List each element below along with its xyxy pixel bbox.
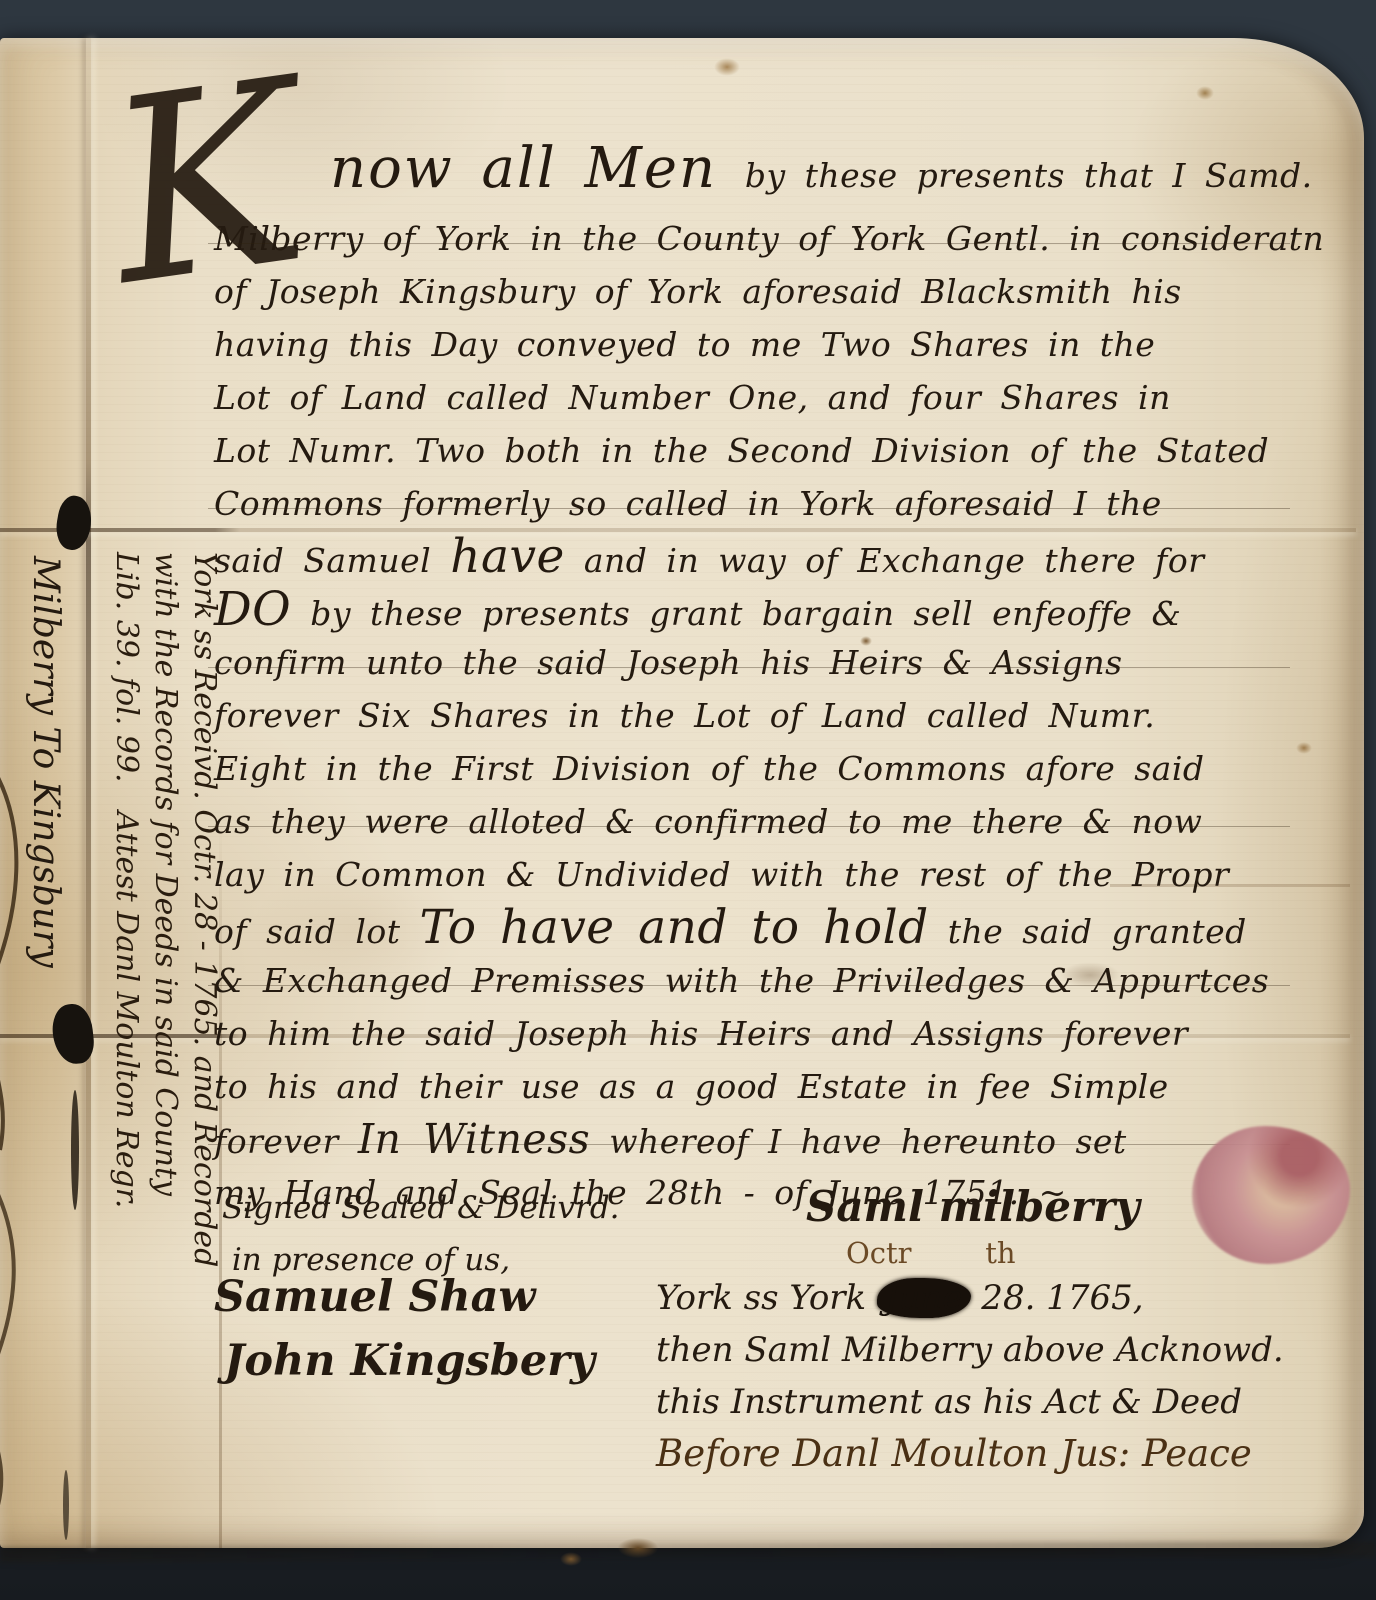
- acknowledgment-line: then Saml Milberry above Acknowd.: [656, 1324, 1284, 1376]
- struck-out-word: June: [877, 1278, 971, 1318]
- deed-text-line: confirm unto the said Joseph his Heirs &…: [214, 636, 1290, 689]
- deed-text-segment: whereof I have hereunto set: [590, 1122, 1126, 1161]
- deed-text-segment: of said lot: [214, 912, 420, 951]
- deed-text-segment: To have and to hold: [420, 900, 929, 955]
- deed-text-line: forever In Witness whereof I have hereun…: [214, 1113, 1290, 1166]
- deed-text-line: now all Men by these presents that I Sam…: [214, 126, 1290, 212]
- fold-tear-small: [63, 1470, 69, 1540]
- deed-text-segment: Lot of Land called Number One, and four …: [214, 378, 1171, 417]
- deed-text-segment: the said granted: [929, 912, 1247, 951]
- deed-text-segment: Lot Numr. Two both in the Second Divisio…: [214, 431, 1269, 470]
- foxing-spot: [1196, 86, 1214, 100]
- deed-text-segment: lay in Common & Undivided with the rest …: [214, 855, 1229, 894]
- deed-text-segment: & Exchanged Premisses with the Priviledg…: [214, 961, 1269, 1000]
- justice-signature-line: Before Danl Moulton Jus: Peace: [656, 1432, 1252, 1475]
- deed-text-line: of said lot To have and to hold the said…: [214, 901, 1290, 954]
- docket-line: York ss Receivd. Octr. 28 - 1765. and Re…: [185, 552, 224, 1600]
- deed-text-segment: as they were alloted & confirmed to me t…: [214, 802, 1202, 841]
- deed-text-segment: now all Men: [330, 136, 745, 201]
- deed-text-line: as they were alloted & confirmed to me t…: [214, 795, 1290, 848]
- acknowledgment-block: York ss York June 28. 1765,then Saml Mil…: [656, 1272, 1284, 1480]
- recording-docket-rotated: York ss Receivd. Octr. 28 - 1765. and Re…: [106, 552, 224, 1600]
- deed-text-line: DO by these presents grant bargain sell …: [214, 583, 1290, 636]
- photographed-deed-page: K now all Men by these presents that I S…: [0, 0, 1376, 1600]
- ack-text: 28. 1765,: [971, 1278, 1144, 1318]
- vertical-fold-crease: [86, 38, 91, 1548]
- docket-line: Lib. 39. fol. 99. Attest Danl Moulton Re…: [107, 552, 146, 1600]
- deed-text-segment: have: [450, 529, 565, 584]
- deed-text-line: & Exchanged Premisses with the Priviledg…: [214, 954, 1290, 1007]
- witness-signature-samuel-shaw: Samuel Shaw: [214, 1272, 536, 1322]
- ack-text: York ss York: [656, 1278, 877, 1318]
- deed-text-segment: said Samuel: [214, 541, 450, 580]
- acknowledgment-line: Before Danl Moulton Jus: Peace: [656, 1428, 1284, 1480]
- deed-text-line: Milberry of York in the County of York G…: [214, 212, 1290, 265]
- deed-body-text: now all Men by these presents that I Sam…: [214, 126, 1290, 1219]
- deed-text-segment: forever Six Shares in the Lot of Land ca…: [214, 696, 1155, 735]
- deed-text-line: Eight in the First Division of the Commo…: [214, 742, 1290, 795]
- deed-text-segment: of Joseph Kingsbury of York aforesaid Bl…: [214, 272, 1182, 311]
- deed-text-line: to him the said Joseph his Heirs and Ass…: [214, 1007, 1290, 1060]
- deed-text-line: having this Day conveyed to me Two Share…: [214, 318, 1290, 371]
- deed-text-segment: Milberry of York in the County of York G…: [214, 219, 1324, 258]
- date-correction-note: Octr th: [846, 1236, 1016, 1270]
- foxing-spot: [1296, 742, 1312, 754]
- deed-text-segment: to him the said Joseph his Heirs and Ass…: [214, 1014, 1188, 1053]
- deed-text-line: Lot Numr. Two both in the Second Divisio…: [214, 424, 1290, 477]
- deed-text-segment: confirm unto the said Joseph his Heirs &…: [214, 643, 1123, 682]
- deed-text-line: of Joseph Kingsbury of York aforesaid Bl…: [214, 265, 1290, 318]
- attestation-clause: Signed Sealed & Delivrd. in presence of …: [222, 1182, 620, 1286]
- acknowledgment-line: York ss York June 28. 1765,: [656, 1272, 1284, 1324]
- fold-tear: [71, 1090, 79, 1210]
- cut-off-flourish: [0, 750, 30, 1510]
- deed-text-segment: DO: [214, 582, 291, 637]
- deed-text-segment: by these presents grant bargain sell enf…: [291, 594, 1181, 633]
- deed-text-segment: forever: [214, 1122, 358, 1161]
- deed-text-line: forever Six Shares in the Lot of Land ca…: [214, 689, 1290, 742]
- deed-text-line: Commons formerly so called in York afore…: [214, 477, 1290, 530]
- docket-line: with the Records for Deeds in said Count…: [146, 552, 185, 1600]
- deed-text-line: Lot of Land called Number One, and four …: [214, 371, 1290, 424]
- grantor-signature: Saml milberry: [806, 1182, 1140, 1231]
- acknowledgment-line: this Instrument as his Act & Deed: [656, 1376, 1284, 1428]
- deed-text-segment: by these presents that I Samd.: [745, 156, 1313, 195]
- deed-text-line: lay in Common & Undivided with the rest …: [214, 848, 1290, 901]
- deed-text-segment: Commons formerly so called in York afore…: [214, 484, 1162, 523]
- deed-text-segment: In Witness: [358, 1115, 590, 1163]
- deed-text-segment: Eight in the First Division of the Commo…: [214, 749, 1205, 788]
- deed-text-segment: and in way of Exchange there for: [565, 541, 1205, 580]
- deed-text-line: to his and their use as a good Estate in…: [214, 1060, 1290, 1113]
- deed-text-line: said Samuel have and in way of Exchange …: [214, 530, 1290, 583]
- foxing-spot: [714, 58, 740, 76]
- witness-signature-john-kingsbery: John Kingsbery: [224, 1336, 595, 1386]
- deed-text-segment: to his and their use as a good Estate in…: [214, 1067, 1169, 1106]
- deed-text-segment: having this Day conveyed to me Two Share…: [214, 325, 1155, 364]
